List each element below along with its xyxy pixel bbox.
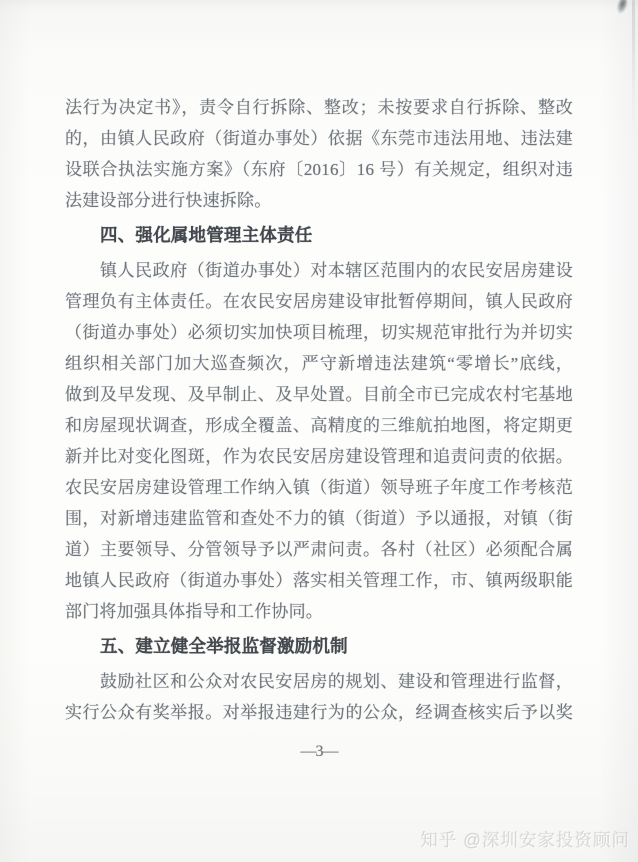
document-line: 围，对新增违建监管和查处不力的镇（街道）予以通报，对镇（街: [65, 503, 573, 534]
document-line: 组织相关部门加大巡查频次，严守新增违法建筑“零增长”底线，: [65, 348, 573, 379]
document-content: 法行为决定书》，责令自行拆除、整改；未按要求自行拆除、整改的，由镇人民政府（街道…: [65, 92, 573, 728]
document-line: 设联合执法实施方案》（东府〔2016〕16 号）有关规定，组织对违: [65, 154, 573, 185]
document-line: 法建设部分进行快速拆除。: [65, 185, 573, 216]
document-line: 部门将加强具体指导和工作协同。: [65, 596, 573, 627]
paragraph-block: 镇人民政府（街道办事处）对本辖区范围内的农民安居房建设管理负有主体责任。在农民安…: [65, 255, 573, 627]
document-line: （街道办事处）必须切实加快项目梳理，切实规范审批行为并切实: [65, 317, 573, 348]
document-line: 新并比对变化图斑，作为农民安居房建设管理和追责问责的依据。: [65, 441, 573, 472]
document-line: 管理负有主体责任。在农民安居房建设审批暂停期间，镇人民政府: [65, 286, 573, 317]
document-line: 做到及早发现、及早制止、及早处置。目前全市已完成农村宅基地: [65, 379, 573, 410]
document-line: 镇人民政府（街道办事处）对本辖区范围内的农民安居房建设: [65, 255, 573, 286]
paragraph-block: 法行为决定书》，责令自行拆除、整改；未按要求自行拆除、整改的，由镇人民政府（街道…: [65, 92, 573, 216]
document-line: 农民安居房建设管理工作纳入镇（街道）领导班子年度工作考核范: [65, 472, 573, 503]
document-line: 和房屋现状调查，形成全覆盖、高精度的三维航拍地图，将定期更: [65, 410, 573, 441]
scan-smudge-mark: [615, 0, 629, 15]
paragraph-block: 鼓励社区和公众对农民安居房的规划、建设和管理进行监督，实行公众有奖举报。对举报违…: [65, 666, 573, 728]
document-line: 法行为决定书》，责令自行拆除、整改；未按要求自行拆除、整改: [65, 92, 573, 123]
document-line: 实行公众有奖举报。对举报违建行为的公众，经调查核实后予以奖: [65, 697, 573, 728]
document-line: 鼓励社区和公众对农民安居房的规划、建设和管理进行监督，: [65, 666, 573, 697]
document-line: 道）主要领导、分管领导予以严肃问责。各村（社区）必须配合属: [65, 534, 573, 565]
scan-page-edge-shadow: [632, 0, 635, 140]
zhihu-watermark: 知乎 @深圳安家投资顾问: [420, 827, 630, 852]
section-heading: 四、强化属地管理主体责任: [65, 220, 573, 251]
page-number: —3—: [65, 740, 573, 764]
section-heading-block: 五、建立健全举报监督激励机制: [65, 631, 573, 662]
section-heading: 五、建立健全举报监督激励机制: [65, 631, 573, 662]
document-line: 地镇人民政府（街道办事处）落实相关管理工作，市、镇两级职能: [65, 565, 573, 596]
document-page: 法行为决定书》，责令自行拆除、整改；未按要求自行拆除、整改的，由镇人民政府（街道…: [0, 0, 638, 862]
section-heading-block: 四、强化属地管理主体责任: [65, 220, 573, 251]
document-line: 的，由镇人民政府（街道办事处）依据《东莞市违法用地、违法建: [65, 123, 573, 154]
